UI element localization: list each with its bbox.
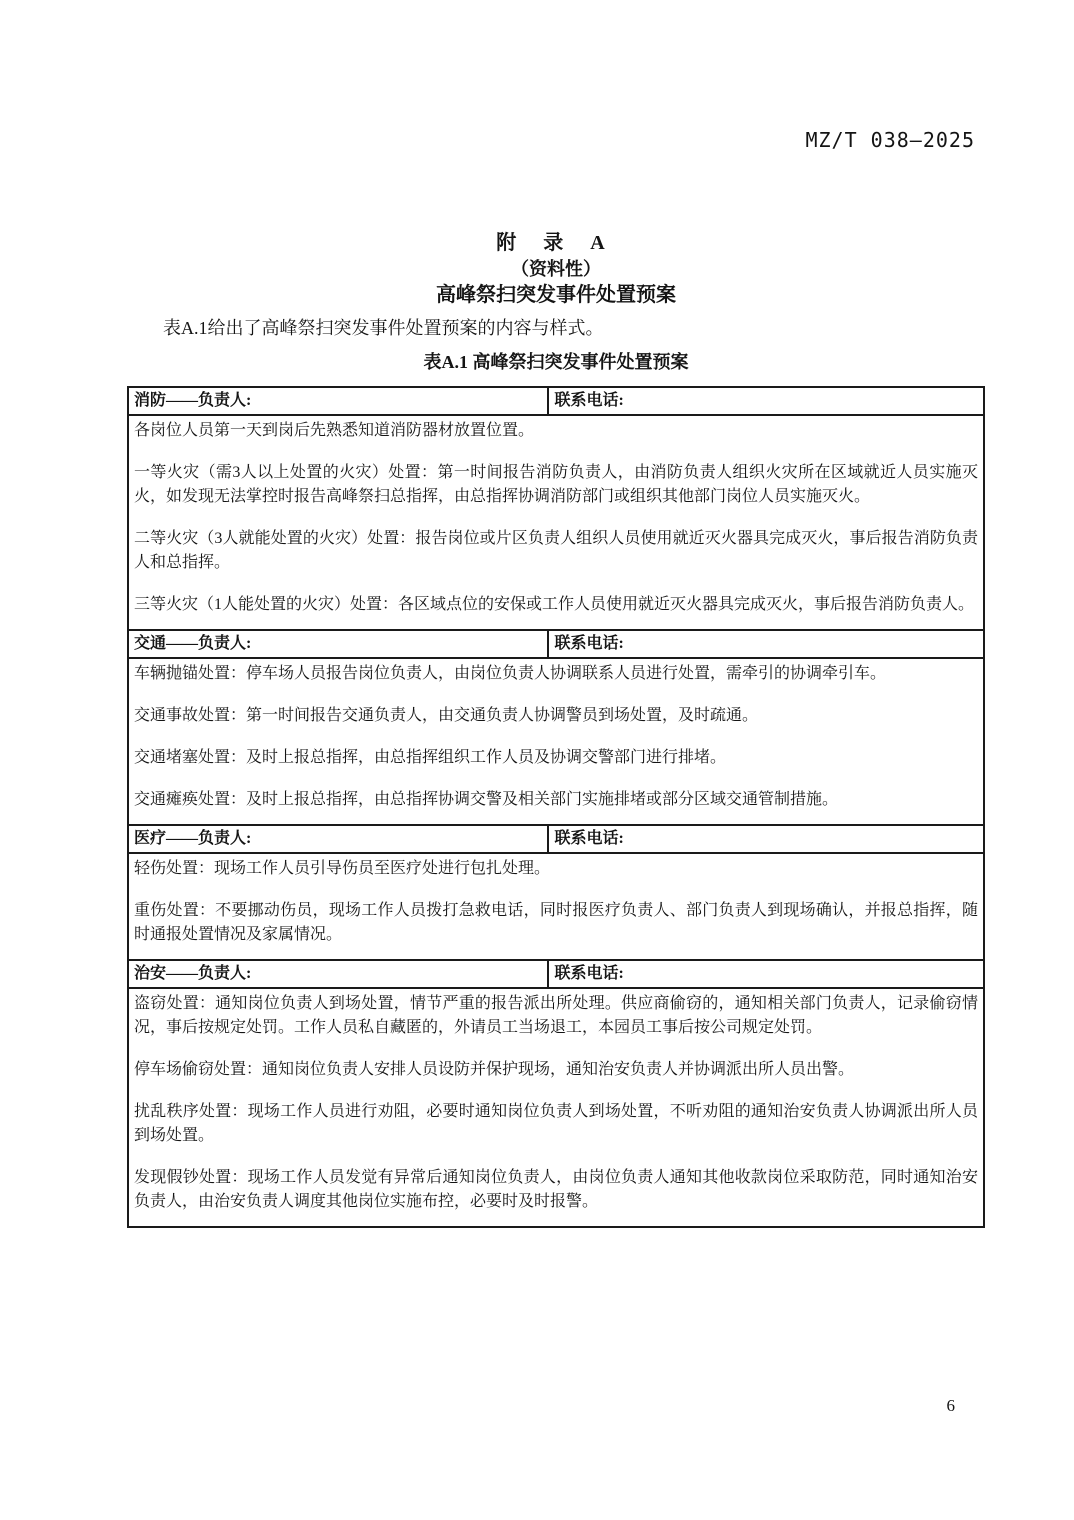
section-header-security: 治安——负责人:联系电话: xyxy=(129,959,983,989)
section-header-medical: 医疗——负责人:联系电话: xyxy=(129,824,983,854)
procedure-paragraph: 停车场偷窃处置：通知岗位负责人安排人员设防并保护现场，通知治安负责人并协调派出所… xyxy=(134,1058,978,1082)
contact-phone-label-medical: 联系电话: xyxy=(547,826,983,852)
section-body-fire: 各岗位人员第一天到岗后先熟悉知道消防器材放置位置。一等火灾（需3人以上处置的火灾… xyxy=(129,416,983,629)
procedure-paragraph: 轻伤处置：现场工作人员引导伤员至医疗处进行包扎处理。 xyxy=(134,857,978,881)
section-responsible-label-security: 治安——负责人: xyxy=(129,961,547,987)
appendix-label: 附 录 A xyxy=(127,230,985,256)
section-header-traffic: 交通——负责人:联系电话: xyxy=(129,629,983,659)
appendix-informative-note: （资料性） xyxy=(127,256,985,282)
contact-phone-label-fire: 联系电话: xyxy=(547,388,983,414)
procedure-paragraph: 交通瘫痪处置：及时上报总指挥，由总指挥协调交警及相关部门实施排堵或部分区域交通管… xyxy=(134,788,978,812)
procedure-paragraph: 三等火灾（1人能处置的火灾）处置：各区域点位的安保或工作人员使用就近灭火器具完成… xyxy=(134,593,978,617)
document-page: { "page": { "doc_code": "MZ/T 038—2025",… xyxy=(0,0,1074,1520)
emergency-plan-table: 消防——负责人:联系电话:各岗位人员第一天到岗后先熟悉知道消防器材放置位置。一等… xyxy=(127,386,985,1228)
section-responsible-label-medical: 医疗——负责人: xyxy=(129,826,547,852)
section-responsible-label-fire: 消防——负责人: xyxy=(129,388,547,414)
section-header-fire: 消防——负责人:联系电话: xyxy=(129,388,983,416)
intro-paragraph: 表A.1给出了高峰祭扫突发事件处置预案的内容与样式。 xyxy=(127,316,985,340)
section-body-traffic: 车辆抛锚处置：停车场人员报告岗位负责人，由岗位负责人协调联系人员进行处置，需牵引… xyxy=(129,659,983,824)
procedure-paragraph: 车辆抛锚处置：停车场人员报告岗位负责人，由岗位负责人协调联系人员进行处置，需牵引… xyxy=(134,662,978,686)
procedure-paragraph: 盗窃处置：通知岗位负责人到场处置，情节严重的报告派出所处理。供应商偷窃的，通知相… xyxy=(134,992,978,1040)
appendix-title: 高峰祭扫突发事件处置预案 xyxy=(127,282,985,308)
section-body-security: 盗窃处置：通知岗位负责人到场处置，情节严重的报告派出所处理。供应商偷窃的，通知相… xyxy=(129,989,983,1226)
contact-phone-label-traffic: 联系电话: xyxy=(547,631,983,657)
procedure-paragraph: 二等火灾（3人就能处置的火灾）处置：报告岗位或片区负责人组织人员使用就近灭火器具… xyxy=(134,527,978,575)
procedure-paragraph: 交通堵塞处置：及时上报总指挥，由总指挥组织工作人员及协调交警部门进行排堵。 xyxy=(134,746,978,770)
section-responsible-label-traffic: 交通——负责人: xyxy=(129,631,547,657)
contact-phone-label-security: 联系电话: xyxy=(547,961,983,987)
procedure-paragraph: 发现假钞处置：现场工作人员发觉有异常后通知岗位负责人，由岗位负责人通知其他收款岗… xyxy=(134,1166,978,1214)
procedure-paragraph: 一等火灾（需3人以上处置的火灾）处置：第一时间报告消防负责人，由消防负责人组织火… xyxy=(134,461,978,509)
page-content: 附 录 A （资料性） 高峰祭扫突发事件处置预案 表A.1给出了高峰祭扫突发事件… xyxy=(127,0,985,1228)
procedure-paragraph: 扰乱秩序处置：现场工作人员进行劝阻，必要时通知岗位负责人到场处置，不听劝阻的通知… xyxy=(134,1100,978,1148)
section-body-medical: 轻伤处置：现场工作人员引导伤员至医疗处进行包扎处理。重伤处置：不要挪动伤员，现场… xyxy=(129,854,983,959)
procedure-paragraph: 各岗位人员第一天到岗后先熟悉知道消防器材放置位置。 xyxy=(134,419,978,443)
procedure-paragraph: 重伤处置：不要挪动伤员，现场工作人员拨打急救电话，同时报医疗负责人、部门负责人到… xyxy=(134,899,978,947)
table-caption: 表A.1 高峰祭扫突发事件处置预案 xyxy=(127,350,985,374)
page-number: 6 xyxy=(947,1396,956,1416)
procedure-paragraph: 交通事故处置：第一时间报告交通负责人，由交通负责人协调警员到场处置，及时疏通。 xyxy=(134,704,978,728)
